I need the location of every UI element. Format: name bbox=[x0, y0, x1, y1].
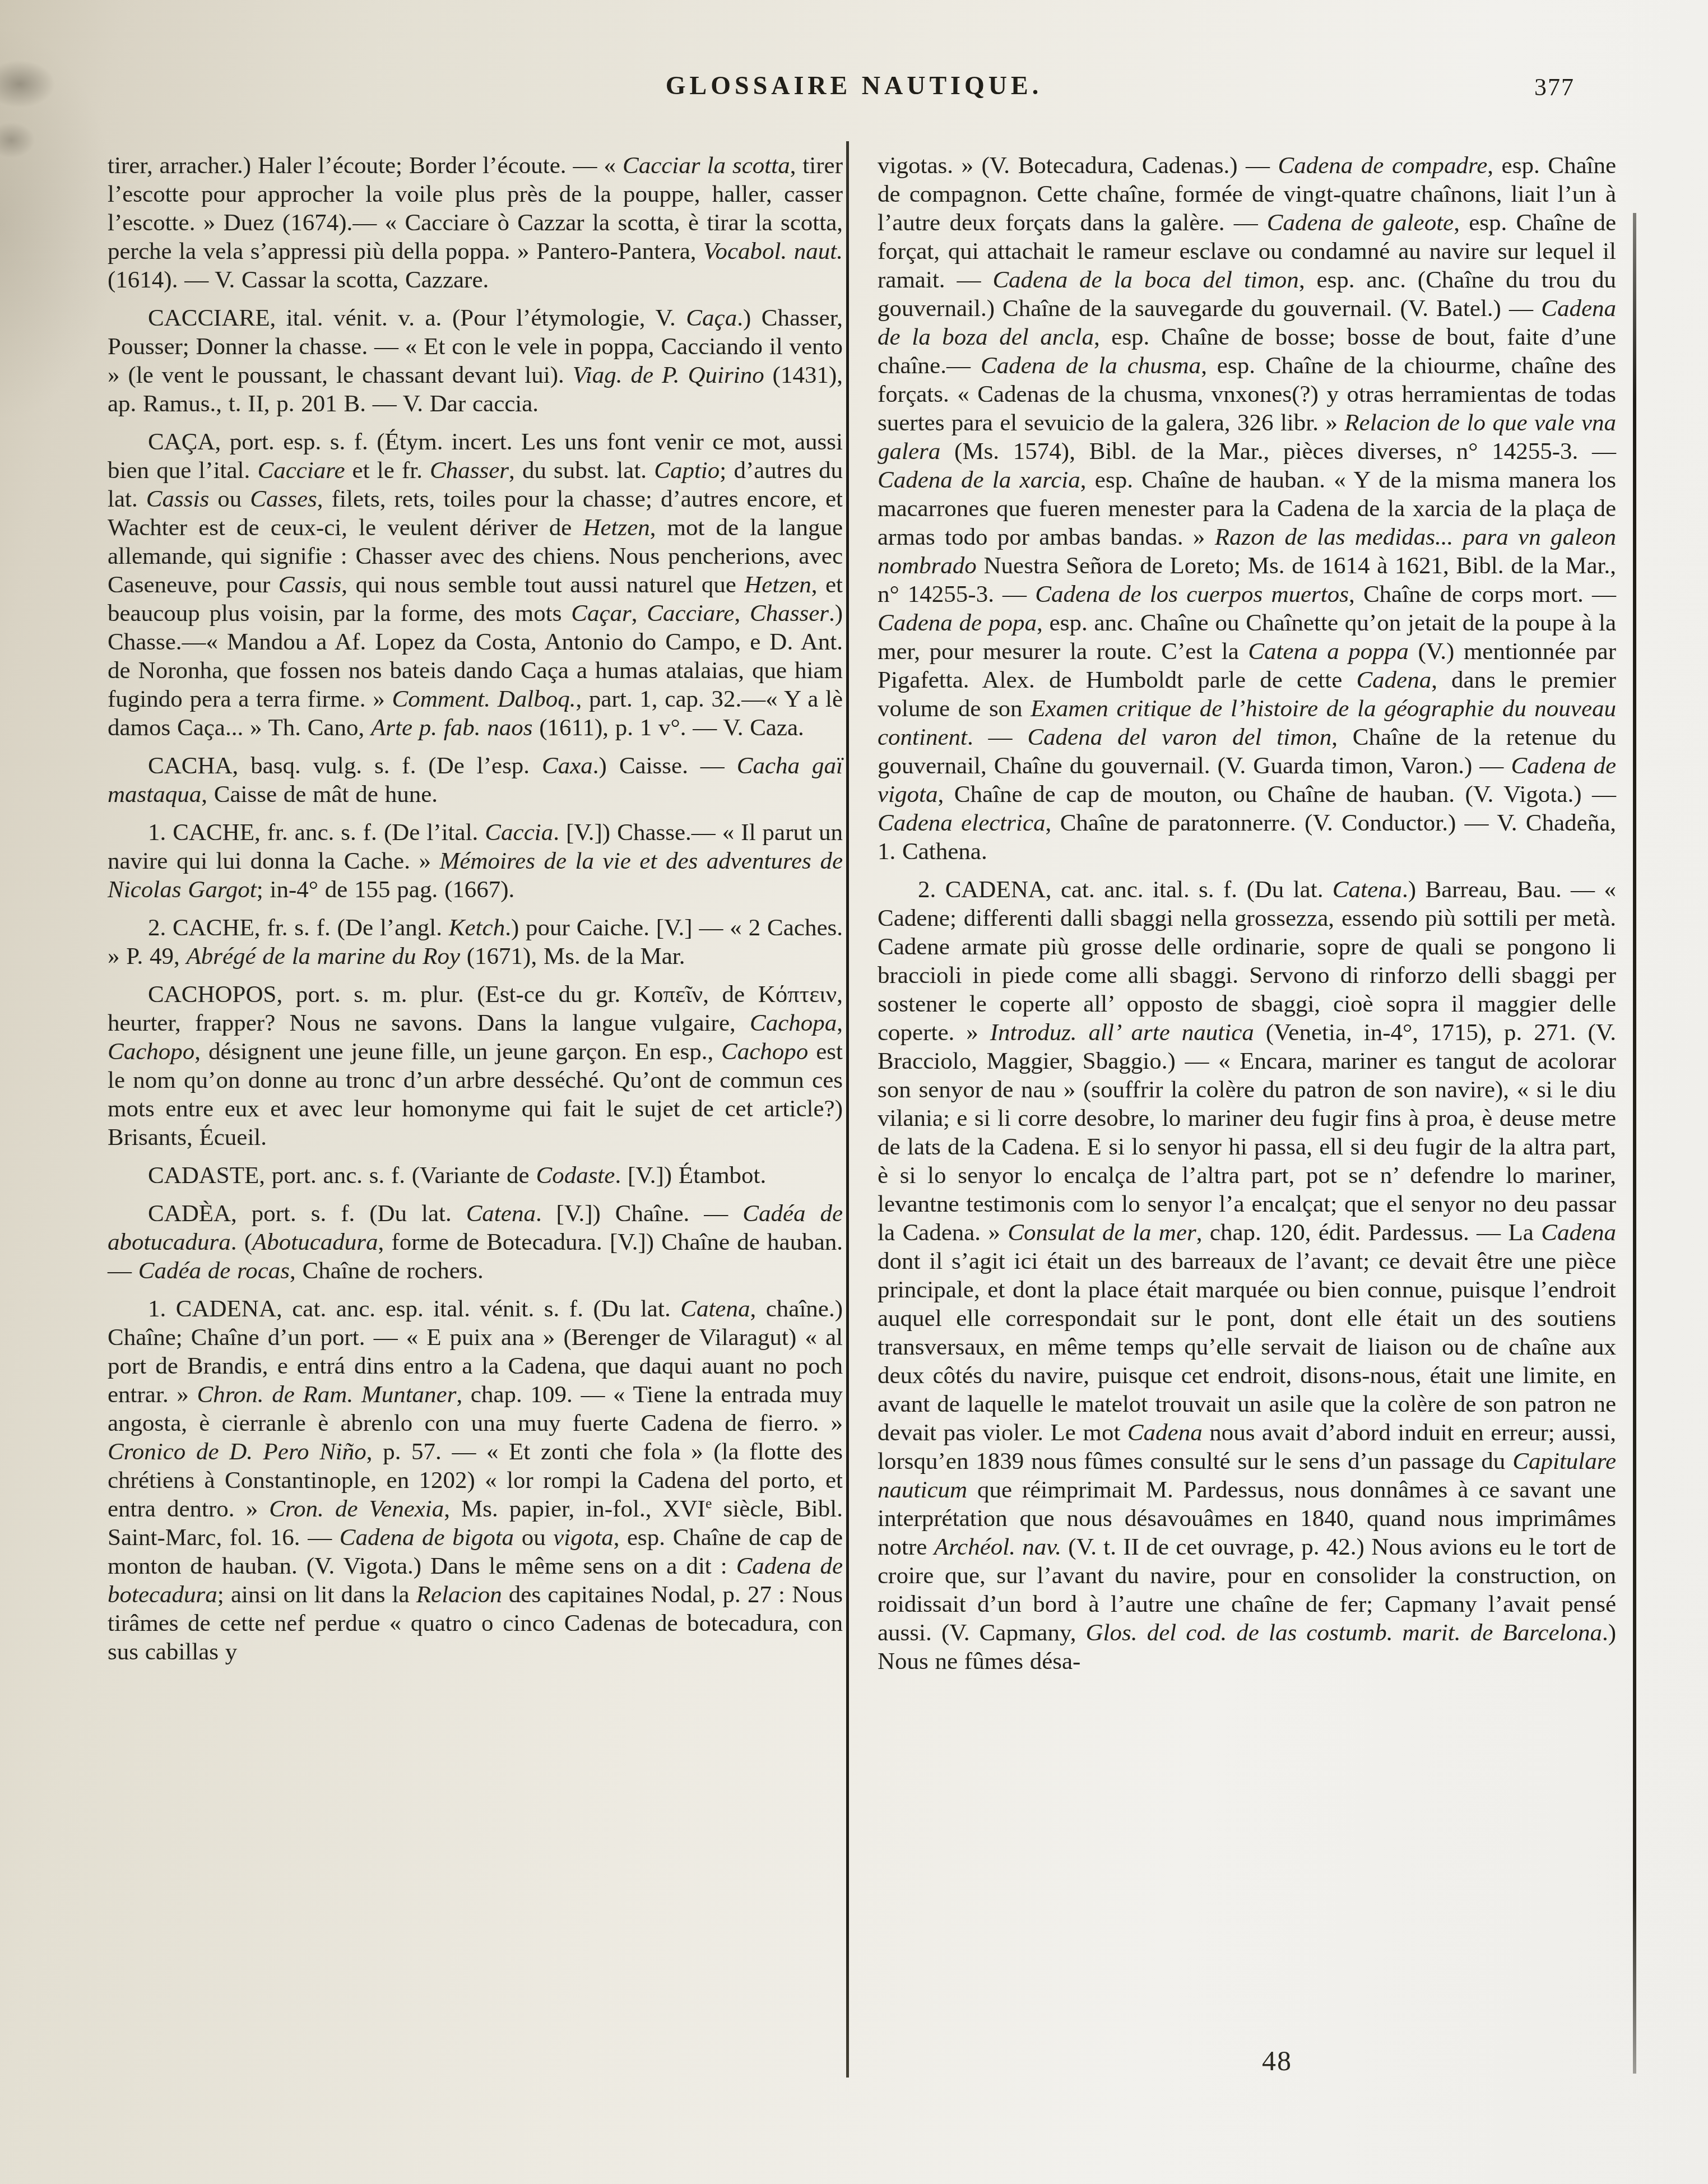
body-text: , Ms. papier, in-fol., XVI bbox=[444, 1496, 706, 1522]
signature-mark: 48 bbox=[1262, 2044, 1292, 2077]
body-text: ou bbox=[514, 1524, 553, 1551]
italic-text: Glos. del cod. de las costumb. marit. de… bbox=[1086, 1620, 1602, 1646]
body-text: , bbox=[734, 600, 750, 627]
italic-text: Cacciar la scotta bbox=[623, 152, 790, 179]
italic-text: Cachopo bbox=[721, 1038, 808, 1065]
italic-text: Cadena de popa bbox=[878, 610, 1037, 636]
italic-text: vigota bbox=[553, 1524, 613, 1551]
body-text: (1614). — V. Cassar la scotta, Cazzare. bbox=[108, 267, 489, 293]
italic-text: Cron. de Venexia bbox=[269, 1496, 444, 1522]
italic-text: Chron. de Ram. Muntaner bbox=[197, 1381, 457, 1408]
italic-text: Cadena bbox=[1127, 1420, 1203, 1446]
body-text: CADÈA, port. s. f. (Du lat. bbox=[148, 1200, 466, 1227]
italic-text: Cacciare bbox=[257, 457, 345, 484]
body-text: , qui nous semble tout aussi naturel que bbox=[341, 572, 744, 598]
italic-text: Cadena de la xarcia bbox=[878, 467, 1080, 493]
superscript-text: e bbox=[706, 1495, 712, 1511]
italic-text: Cassis bbox=[279, 572, 341, 598]
glossary-paragraph: 2. CADENA, cat. anc. ital. s. f. (Du lat… bbox=[878, 875, 1616, 1676]
italic-text: Hetzen bbox=[583, 514, 649, 541]
body-text: 2. CACHE, fr. s. f. (De l’angl. bbox=[148, 915, 449, 941]
glossary-paragraph: CADASTE, port. anc. s. f. (Variante de C… bbox=[108, 1161, 843, 1190]
running-head: GLOSSAIRE NAUTIQUE. bbox=[0, 71, 1708, 100]
body-text: CACCIARE, ital. vénit. v. a. (Pour l’éty… bbox=[148, 305, 686, 331]
body-text: .) Caisse. — bbox=[593, 753, 737, 779]
body-text: , bbox=[632, 600, 647, 627]
italic-text: Cadena de la chusma bbox=[981, 353, 1201, 379]
italic-text: Codaste bbox=[536, 1162, 615, 1189]
italic-text: Cacciare bbox=[647, 600, 734, 627]
body-text: (Ms. 1574), Bibl. de la Mar., pièces div… bbox=[940, 438, 1616, 465]
italic-text: Consulat de la mer bbox=[1008, 1219, 1196, 1246]
glossary-paragraph: CACHA, basq. vulg. s. f. (De l’esp. Caxa… bbox=[108, 752, 843, 809]
body-text: ; in-4° de 155 pag. (1667). bbox=[257, 877, 514, 903]
right-column: vigotas. » (V. Botecadura, Cadenas.) — C… bbox=[878, 151, 1616, 1685]
italic-text: Chasser bbox=[430, 457, 509, 484]
body-text: ou bbox=[209, 486, 250, 512]
body-text: tirer, arracher.) Haler l’écoute; Border… bbox=[108, 152, 623, 179]
italic-text: Casses bbox=[250, 486, 317, 512]
glossary-paragraph: CACCIARE, ital. vénit. v. a. (Pour l’éty… bbox=[108, 304, 843, 418]
glossary-paragraph: tirer, arracher.) Haler l’écoute; Border… bbox=[108, 151, 843, 294]
body-text: , Caisse de mât de hune. bbox=[201, 781, 438, 808]
italic-text: Caxa bbox=[542, 753, 593, 779]
italic-text: Caçar bbox=[571, 600, 632, 627]
italic-text: Cadena de bigota bbox=[340, 1524, 514, 1551]
italic-text: Chasser bbox=[750, 600, 829, 627]
body-text: , chap. 120, édit. Pardessus. — La bbox=[1196, 1219, 1542, 1246]
body-text: CACHA, basq. vulg. s. f. (De l’esp. bbox=[148, 753, 542, 779]
italic-text: Cachopo bbox=[108, 1038, 194, 1065]
italic-text: Catena a poppa bbox=[1248, 638, 1408, 665]
italic-text: Catena bbox=[1333, 877, 1402, 903]
left-column: tirer, arracher.) Haler l’écoute; Border… bbox=[108, 151, 843, 1676]
glossary-paragraph: 1. CADENA, cat. anc. esp. ital. vénit. s… bbox=[108, 1295, 843, 1666]
body-text: ; ainsi on lit dans la bbox=[217, 1582, 416, 1608]
body-text: 1. CADENA, cat. anc. esp. ital. vénit. s… bbox=[148, 1296, 680, 1322]
italic-text: Vocabol. naut. bbox=[703, 238, 843, 265]
glossary-paragraph: 2. CACHE, fr. s. f. (De l’angl. Ketch.) … bbox=[108, 914, 843, 971]
body-text: 1. CACHE, fr. anc. s. f. (De l’ital. bbox=[148, 819, 485, 846]
body-text: , bbox=[837, 1010, 843, 1036]
italic-text: Comment. Dalboq. bbox=[392, 686, 575, 712]
italic-text: Cadena del varon del timon bbox=[1027, 724, 1331, 750]
body-text: 2. CADENA, cat. anc. ital. s. f. (Du lat… bbox=[918, 877, 1333, 903]
body-text: , Chaîne de rochers. bbox=[290, 1258, 484, 1284]
italic-text: Arte p. fab. naos bbox=[371, 715, 532, 741]
glossary-paragraph: CADÈA, port. s. f. (Du lat. Catena. [V.]… bbox=[108, 1199, 843, 1285]
italic-text: Archéol. nav. bbox=[934, 1534, 1061, 1560]
italic-text: Cadena de los cuerpos muertos bbox=[1035, 581, 1349, 608]
italic-text: Cadena de galeote bbox=[1267, 210, 1454, 236]
italic-text: Catena bbox=[466, 1200, 536, 1227]
italic-text: Cadena electrica bbox=[878, 810, 1046, 836]
glossary-paragraph: 1. CACHE, fr. anc. s. f. (De l’ital. Cac… bbox=[108, 818, 843, 904]
italic-text: Abotucadura bbox=[252, 1229, 378, 1255]
italic-text: Caccia bbox=[485, 819, 553, 846]
body-text: . ( bbox=[231, 1229, 252, 1255]
body-text: dont il s’agit ici était un des barreaux… bbox=[878, 1248, 1616, 1446]
glossary-paragraph: vigotas. » (V. Botecadura, Cadenas.) — C… bbox=[878, 151, 1616, 866]
italic-text: Cadena bbox=[1356, 667, 1431, 693]
italic-text: Relacion bbox=[416, 1582, 502, 1608]
column-rule bbox=[846, 141, 849, 2078]
page-edge-rule bbox=[1633, 213, 1636, 2074]
body-text: . [V.]) Chaîne. — bbox=[536, 1200, 742, 1227]
body-text: , désignent une jeune fille, un jeune ga… bbox=[194, 1038, 721, 1065]
glossary-paragraph: CAÇA, port. esp. s. f. (Étym. incert. Le… bbox=[108, 428, 843, 742]
body-text: , Chaîne de cap de mouton, ou Chaîne de … bbox=[937, 781, 1616, 808]
italic-text: Caça bbox=[686, 305, 737, 331]
body-text: et le fr. bbox=[345, 457, 430, 484]
italic-text: Hetzen bbox=[744, 572, 811, 598]
italic-text: Cadena de la boca del timon bbox=[992, 267, 1298, 293]
page-number: 377 bbox=[1534, 73, 1575, 101]
body-text: , du subst. lat. bbox=[509, 457, 654, 484]
italic-text: Cadena bbox=[1541, 1219, 1616, 1246]
body-text: (Venetia, in-4°, 1715), p. 271. (V. Brac… bbox=[878, 1019, 1616, 1246]
body-text: . [V.]) Étambot. bbox=[615, 1162, 766, 1189]
italic-text: Introduz. all’ arte nautica bbox=[990, 1019, 1254, 1046]
body-text: (1671), Ms. de la Mar. bbox=[460, 943, 685, 970]
italic-text: Cronico de D. Pero Niño bbox=[108, 1439, 366, 1465]
italic-text: Ketch bbox=[449, 915, 505, 941]
italic-text: Abrégé de la marine du Roy bbox=[186, 943, 460, 970]
italic-text: Cassis bbox=[146, 486, 209, 512]
body-text: vigotas. » (V. Botecadura, Cadenas.) — bbox=[878, 152, 1278, 179]
body-text: CACHOPOS, port. s. m. plur. (Est-ce du g… bbox=[108, 981, 843, 1036]
body-text: CADASTE, port. anc. s. f. (Variante de bbox=[148, 1162, 536, 1189]
italic-text: Cachopa bbox=[750, 1010, 837, 1036]
body-text: (1611), p. 1 v°. — V. Caza. bbox=[532, 715, 804, 741]
italic-text: Cadena de compadre bbox=[1278, 152, 1488, 179]
italic-text: Viag. de P. Quirino bbox=[573, 362, 764, 388]
italic-text: Catena bbox=[680, 1296, 750, 1322]
italic-text: Captio bbox=[654, 457, 720, 484]
glossary-paragraph: CACHOPOS, port. s. m. plur. (Est-ce du g… bbox=[108, 980, 843, 1152]
body-text: . — bbox=[967, 724, 1027, 750]
scanned-page: GLOSSAIRE NAUTIQUE. 377 tirer, arracher.… bbox=[0, 0, 1708, 2184]
italic-text: Cadéa de rocas bbox=[138, 1258, 290, 1284]
body-text: , Chaîne de corps mort. — bbox=[1349, 581, 1616, 608]
